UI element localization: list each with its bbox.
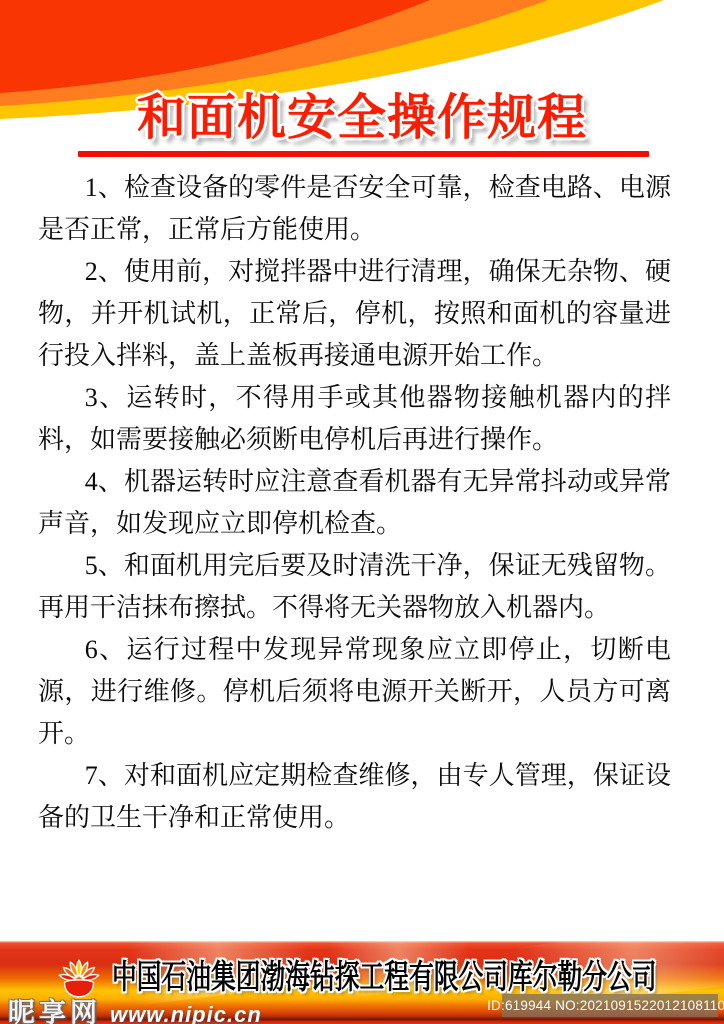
title-underline bbox=[78, 151, 649, 157]
rule-paragraph-1: 1、检查设备的零件是否安全可靠，检查电路、电源是否正常，正常后方能使用。 bbox=[38, 167, 671, 251]
rule-paragraph-4: 4、机器运转时应注意查看机器有无异常抖动或异常声音，如发现应立即停机检查。 bbox=[38, 461, 671, 545]
rule-paragraph-6: 6、运行过程中发现异常现象应立即停止，切断电源，进行维修。停机后须将电源开关断开… bbox=[38, 629, 671, 755]
rules-text-block: 1、检查设备的零件是否安全可靠，检查电路、电源是否正常，正常后方能使用。 2、使… bbox=[38, 167, 671, 839]
rule-paragraph-7: 7、对和面机应定期检查维修，由专人管理，保证设备的卫生干净和正常使用。 bbox=[38, 755, 671, 839]
watermark-id-badge: ID:619944 NO:20210915220121081104 bbox=[502, 994, 718, 1017]
footer-banner: 中国石油集团渤海钻探工程有限公司库尔勒分公司 昵享网 www.nipic.cn … bbox=[0, 941, 724, 1024]
watermark-site: 昵享网 www.nipic.cn bbox=[8, 991, 262, 1024]
rule-paragraph-5: 5、和面机用完后要及时清洗干净，保证无残留物。再用干洁抹布擦拭。不得将无关器物放… bbox=[38, 545, 671, 629]
watermark-site-url: www.nipic.cn bbox=[110, 1002, 262, 1024]
poster-title: 和面机安全操作规程 bbox=[0, 90, 724, 146]
rule-paragraph-3: 3、运转时，不得用手或其他器物接触机器内的拌料，如需要接触必须断电停机后再进行操… bbox=[38, 377, 671, 461]
rule-paragraph-2: 2、使用前，对搅拌器中进行清理，确保无杂物、硬物，并开机试机，正常后，停机，按照… bbox=[38, 251, 671, 377]
watermark-site-name: 昵享网 bbox=[8, 991, 101, 1024]
